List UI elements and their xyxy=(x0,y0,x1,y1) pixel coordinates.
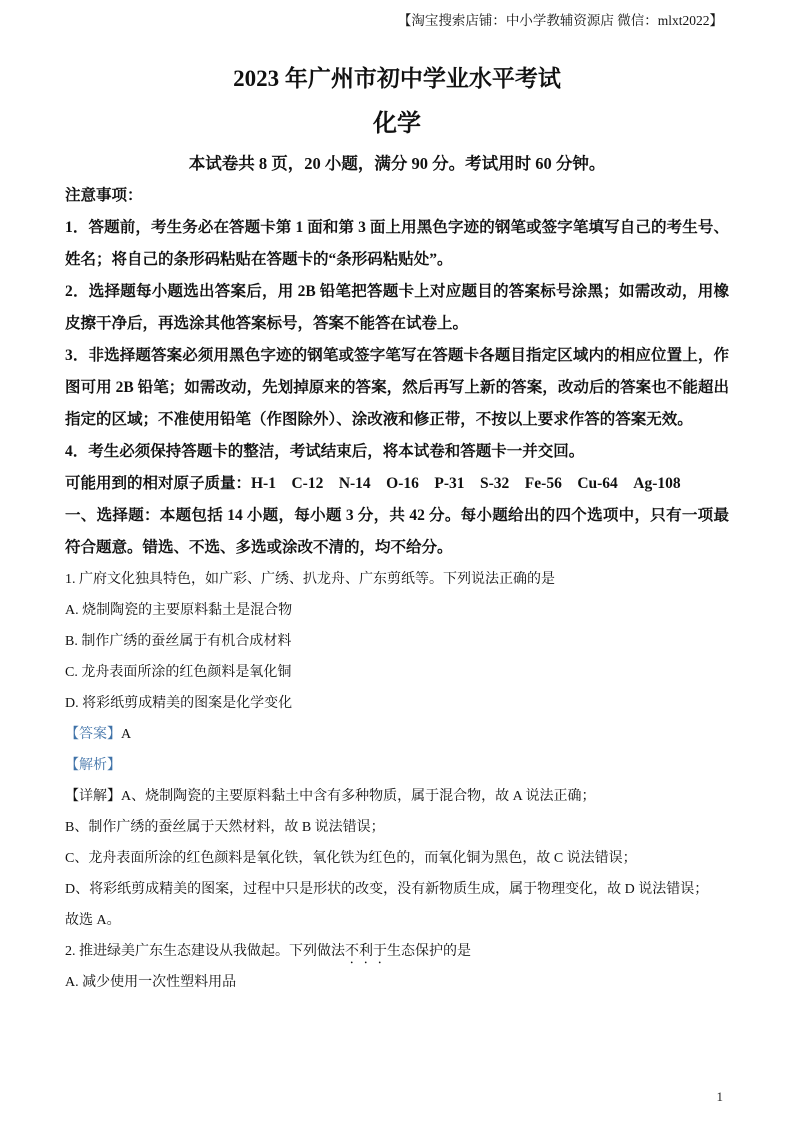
question-1-option-a: A. 烧制陶瓷的主要原料黏土是混合物 xyxy=(65,595,729,626)
answer-value: A xyxy=(121,727,131,742)
question-2-stem-emphasis: 不利于 xyxy=(345,944,387,959)
notice-item-4: 4．考生必须保持答题卡的整洁，考试结束后，将本试卷和答题卡一并交回。 xyxy=(65,436,729,468)
analysis-label: 【解析】 xyxy=(65,758,121,773)
question-1-stem: 1. 广府文化独具特色，如广彩、广绣、扒龙舟、广东剪纸等。下列说法正确的是 xyxy=(65,564,729,595)
exam-info-line: 本试卷共 8 页，20 小题，满分 90 分。考试用时 60 分钟。 xyxy=(65,148,729,180)
page-number: 1 xyxy=(717,1088,724,1106)
explanation-line-1: 【详解】A、烧制陶瓷的主要原料黏土中含有多种物质，属于混合物，故 A 说法正确； xyxy=(65,781,729,812)
question-2-stem-suffix: 生态保护的是 xyxy=(387,944,471,959)
store-watermark: 【淘宝搜索店铺：中小学教辅资源店 微信：mlxt2022】 xyxy=(398,12,723,30)
question-2-option-a: A. 减少使用一次性塑料用品 xyxy=(65,967,729,998)
notice-item-1: 1．答题前，考生务必在答题卡第 1 面和第 3 面上用黑色字迹的钢笔或签字笔填写… xyxy=(65,212,729,276)
exam-title: 2023 年广州市初中学业水平考试 xyxy=(65,64,729,94)
explanation-line-2: B、制作广绣的蚕丝属于天然材料，故 B 说法错误； xyxy=(65,812,729,843)
answer-line: 【答案】A xyxy=(65,719,729,750)
question-2-stem-prefix: 2. 推进绿美广东生态建设从我做起。下列做法 xyxy=(65,944,345,959)
question-1-option-c: C. 龙舟表面所涂的红色颜料是氧化铜 xyxy=(65,657,729,688)
question-2-stem: 2. 推进绿美广东生态建设从我做起。下列做法不利于生态保护的是 xyxy=(65,936,729,967)
atomic-mass-line: 可能用到的相对原子质量：H-1 C-12 N-14 O-16 P-31 S-32… xyxy=(65,468,729,500)
notice-item-2: 2．选择题每小题选出答案后，用 2B 铅笔把答题卡上对应题目的答案标号涂黑；如需… xyxy=(65,276,729,340)
notice-title: 注意事项： xyxy=(65,180,729,212)
notice-item-3: 3．非选择题答案必须用黑色字迹的钢笔或签字笔写在答题卡各题目指定区域内的相应位置… xyxy=(65,340,729,436)
analysis-line: 【解析】 xyxy=(65,750,729,781)
exam-paper-page: 【淘宝搜索店铺：中小学教辅资源店 微信：mlxt2022】 2023 年广州市初… xyxy=(0,0,793,1122)
section-intro: 一、选择题：本题包括 14 小题，每小题 3 分，共 42 分。每小题给出的四个… xyxy=(65,500,729,564)
question-1-option-b: B. 制作广绣的蚕丝属于有机合成材料 xyxy=(65,626,729,657)
answer-label: 【答案】 xyxy=(65,727,121,742)
question-1-option-d: D. 将彩纸剪成精美的图案是化学变化 xyxy=(65,688,729,719)
explanation-conclusion: 故选 A。 xyxy=(65,905,729,936)
explanation-line-3: C、龙舟表面所涂的红色颜料是氧化铁，氧化铁为红色的，而氧化铜为黑色，故 C 说法… xyxy=(65,843,729,874)
explanation-line-4: D、将彩纸剪成精美的图案，过程中只是形状的改变，没有新物质生成，属于物理变化，故… xyxy=(65,874,729,905)
subject-title: 化学 xyxy=(65,108,729,140)
